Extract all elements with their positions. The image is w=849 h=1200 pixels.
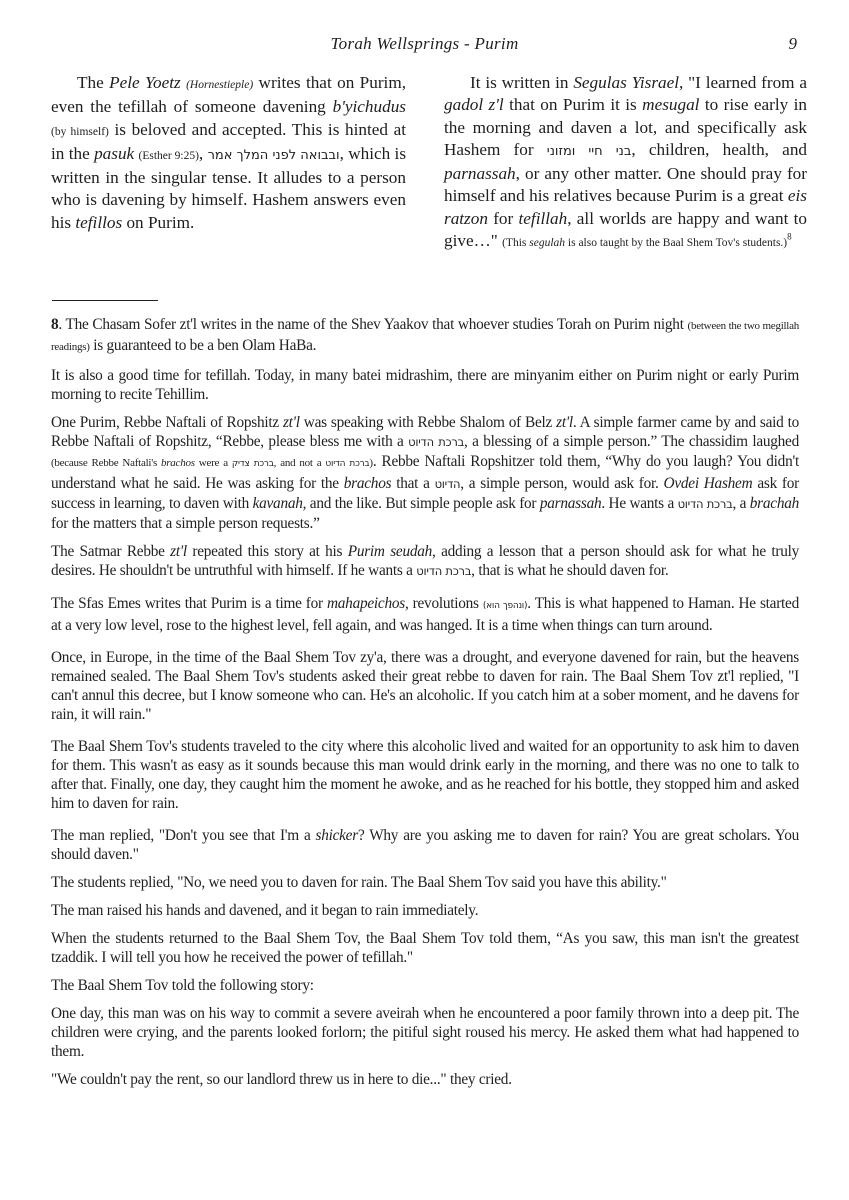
text: The xyxy=(77,73,109,92)
term-pasuk: pasuk xyxy=(94,144,134,163)
term: shicker xyxy=(316,827,358,844)
aside-by-himself: (by himself) xyxy=(51,126,109,138)
text: , children, health, and xyxy=(631,140,807,159)
footnote-paragraph: The man replied, "Don't you see that I'm… xyxy=(51,826,799,864)
right-column: It is written in Segulas Yisrael, "I lea… xyxy=(444,72,807,254)
text: is guaranteed to be a ben Olam HaBa. xyxy=(90,337,317,354)
term: Ovdei Hashem xyxy=(664,475,753,492)
left-column: The Pele Yoetz (Hornestieple) writes tha… xyxy=(51,72,406,234)
aside-text: , and not a xyxy=(274,457,326,469)
text: , a blessing of a simple person.” The ch… xyxy=(464,433,799,450)
text: and the like. But simple people ask for xyxy=(306,495,540,512)
term: kavanah, xyxy=(253,495,307,512)
text: , that is what he should daven for. xyxy=(471,562,668,579)
term: brachos xyxy=(161,457,195,469)
footnote-8: 8. The Chasam Sofer zt'l writes in the n… xyxy=(51,315,799,357)
aside-text: (because Rebbe Naftali's xyxy=(51,457,161,469)
text: . The Chasam Sofer zt'l writes in the na… xyxy=(58,316,687,333)
text: , revolutions xyxy=(405,595,483,612)
text: that a xyxy=(391,475,434,492)
term: brachah xyxy=(750,495,799,512)
footnote-paragraph: When the students returned to the Baal S… xyxy=(51,929,799,967)
footnote-paragraph: Once, in Europe, in the time of the Baal… xyxy=(51,648,799,724)
text: The Sfas Emes writes that Purim is a tim… xyxy=(51,595,327,612)
footnote-paragraph: The students replied, "No, we need you t… xyxy=(51,873,799,892)
main-text-columns: The Pele Yoetz (Hornestieple) writes tha… xyxy=(51,72,807,272)
paragraph-pele-yoetz: The Pele Yoetz (Hornestieple) writes tha… xyxy=(51,72,406,234)
page-number: 9 xyxy=(789,34,798,54)
text: , xyxy=(199,144,208,163)
text: , a simple person, would ask for. xyxy=(460,475,663,492)
text: for xyxy=(488,209,519,228)
running-header: Torah Wellsprings - Purim 9 xyxy=(0,34,849,58)
text: One Purim, Rebbe Naftali of Ropshitz xyxy=(51,414,283,431)
hebrew-phrase: ברכת הדיוט xyxy=(416,564,471,578)
running-title: Torah Wellsprings - Purim xyxy=(0,34,849,54)
text: , "I learned from a xyxy=(679,73,807,92)
hebrew-phrase: ברכת צדיק xyxy=(232,459,274,469)
footnote-paragraph: "We couldn't pay the rent, so our landlo… xyxy=(51,1070,799,1089)
source-reference: (Esther 9:25) xyxy=(139,150,199,162)
aside-text: (This xyxy=(502,237,529,249)
term: zt'l xyxy=(283,414,300,431)
term-tefillah: tefillah xyxy=(519,209,568,228)
term-mesugal: mesugal xyxy=(642,95,699,114)
footnote-paragraph: The man raised his hands and davened, an… xyxy=(51,901,799,920)
footnote-paragraph: One day, this man was on his way to comm… xyxy=(51,1004,799,1061)
text: on Purim. xyxy=(122,213,194,232)
term: parnassah xyxy=(540,495,602,512)
hebrew-quote: ובבואה לפני המלך אמר xyxy=(208,148,340,163)
aside-hornestieple: (Hornestieple) xyxy=(186,79,253,91)
hebrew-phrase: (ונהפך הוא) xyxy=(483,601,527,611)
term-gadol: gadol z'l xyxy=(444,95,504,114)
term: Purim seudah xyxy=(348,543,432,560)
hebrew-phrase: ברכת הדיוט xyxy=(408,435,464,449)
term-pele-yoetz: Pele Yoetz xyxy=(109,73,181,92)
book-page: Torah Wellsprings - Purim 9 The Pele Yoe… xyxy=(0,0,849,1200)
text: for the matters that a simple person req… xyxy=(51,515,320,532)
footnote-paragraph-ropshitz: One Purim, Rebbe Naftali of Ropshitz zt'… xyxy=(51,413,799,533)
text: repeated this story at his xyxy=(187,543,348,560)
aside-text: were a xyxy=(195,457,232,469)
term-segulah: segulah xyxy=(529,237,565,249)
term: brachos xyxy=(344,475,392,492)
text: , a xyxy=(733,495,750,512)
term-tefillos: tefillos xyxy=(75,213,122,232)
text: that on Purim it is xyxy=(504,95,642,114)
text: . He wants a xyxy=(601,495,677,512)
term-segulas-yisrael: Segulas Yisrael xyxy=(573,73,679,92)
text: The man replied, "Don't you see that I'm… xyxy=(51,827,316,844)
footnote-paragraph: The Baal Shem Tov's students traveled to… xyxy=(51,737,799,813)
term-parnassah: parnassah xyxy=(444,164,516,183)
aside-text: is also taught by the Baal Shem Tov's st… xyxy=(565,237,787,249)
footnote-separator xyxy=(52,300,158,301)
footnote-section: 8. The Chasam Sofer zt'l writes in the n… xyxy=(51,315,799,1098)
hebrew-phrase: בני חיי ומזוני xyxy=(547,144,632,159)
footnote-reference[interactable]: 8 xyxy=(787,231,792,241)
text: The Satmar Rebbe xyxy=(51,543,170,560)
hebrew-phrase: ברכת הדיוט xyxy=(678,497,733,511)
text: was speaking with Rebbe Shalom of Belz xyxy=(300,414,556,431)
hebrew-phrase: הדיוט xyxy=(435,477,461,491)
hebrew-phrase: ברכת הדיוט xyxy=(325,459,369,469)
term: zt'l xyxy=(170,543,187,560)
footnote-paragraph-sfas-emes: The Sfas Emes writes that Purim is a tim… xyxy=(51,594,799,635)
text: It is written in xyxy=(470,73,573,92)
footnote-paragraph: The Baal Shem Tov told the following sto… xyxy=(51,976,799,995)
term: mahapeichos xyxy=(327,595,405,612)
term-byichudus: b'yichudus xyxy=(333,97,406,116)
footnote-paragraph: It is also a good time for tefillah. Tod… xyxy=(51,366,799,404)
footnote-paragraph-satmar: The Satmar Rebbe zt'l repeated this stor… xyxy=(51,542,799,581)
paragraph-segulas-yisrael: It is written in Segulas Yisrael, "I lea… xyxy=(444,72,807,254)
term: zt'l xyxy=(556,414,573,431)
